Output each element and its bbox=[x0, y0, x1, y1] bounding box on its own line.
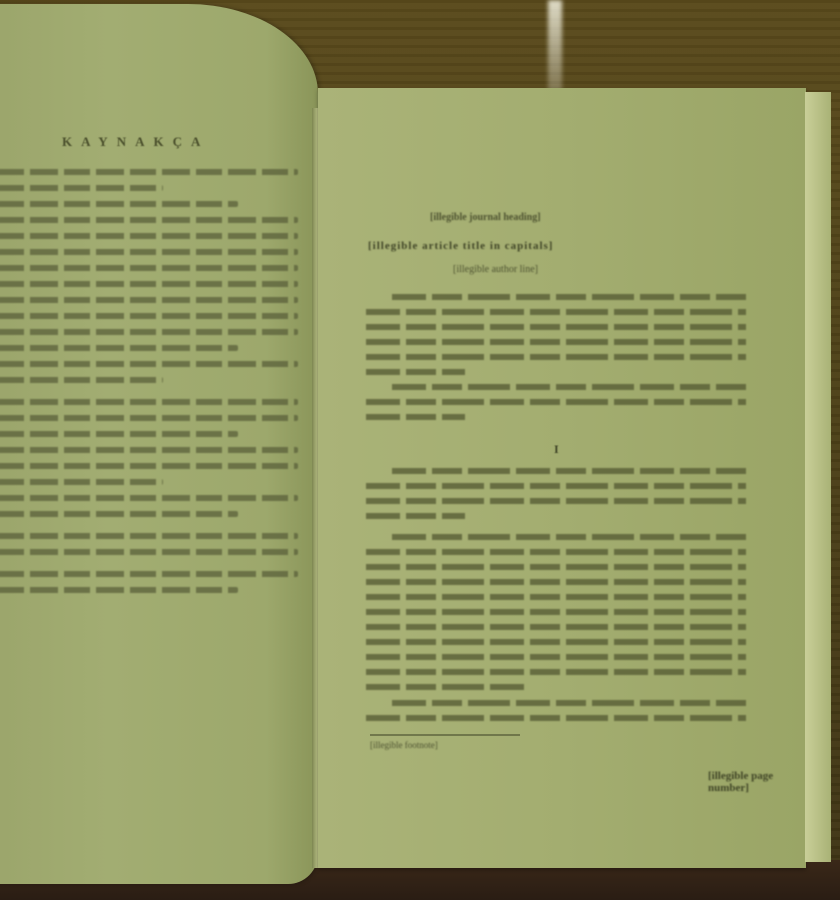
intro-paragraph-2 bbox=[366, 384, 746, 429]
reference-entry bbox=[0, 415, 298, 421]
section-paragraph-3 bbox=[366, 700, 746, 730]
section-paragraph-2 bbox=[366, 534, 746, 699]
reference-entry bbox=[0, 265, 298, 271]
article-title: [illegible article title in capitals] bbox=[368, 240, 553, 252]
reference-entry bbox=[0, 329, 298, 335]
reference-entry bbox=[0, 479, 163, 485]
reference-entry bbox=[0, 249, 298, 255]
journal-heading: [illegible journal heading] bbox=[430, 212, 541, 223]
reference-entry bbox=[0, 313, 298, 319]
reference-entry bbox=[0, 587, 238, 593]
reference-entry bbox=[0, 571, 298, 577]
section-paragraph-1 bbox=[366, 468, 746, 528]
reference-entry bbox=[0, 233, 298, 239]
reference-entry bbox=[0, 495, 298, 501]
reference-entry bbox=[0, 345, 238, 351]
reference-entry bbox=[0, 201, 238, 207]
reference-entry bbox=[0, 361, 298, 367]
footnote-rule bbox=[370, 734, 520, 736]
right-page: [illegible journal heading] [illegible a… bbox=[318, 88, 806, 868]
reference-entry bbox=[0, 377, 163, 383]
author-line: [illegible author line] bbox=[453, 264, 538, 275]
reference-entry bbox=[0, 431, 238, 437]
reference-entry bbox=[0, 447, 298, 453]
reference-entry bbox=[0, 217, 298, 223]
reference-entry bbox=[0, 511, 238, 517]
reference-list bbox=[0, 169, 298, 603]
reference-entry bbox=[0, 463, 298, 469]
reference-entry bbox=[0, 297, 298, 303]
section-marker: I bbox=[554, 442, 559, 457]
reference-entry bbox=[0, 281, 298, 287]
page-number: [illegible page number] bbox=[708, 770, 806, 794]
reference-entry bbox=[0, 399, 298, 405]
reference-entry bbox=[0, 533, 298, 539]
reference-entry bbox=[0, 185, 163, 191]
light-glare bbox=[548, 0, 562, 96]
page-stack-edge bbox=[805, 92, 831, 862]
footnote: [illegible footnote] bbox=[370, 740, 438, 750]
reference-entry bbox=[0, 169, 298, 175]
left-page: KAYNAKÇA bbox=[0, 4, 318, 884]
left-page-header: KAYNAKÇA bbox=[62, 134, 209, 150]
reference-entry bbox=[0, 549, 298, 555]
intro-paragraph-1 bbox=[366, 294, 746, 384]
